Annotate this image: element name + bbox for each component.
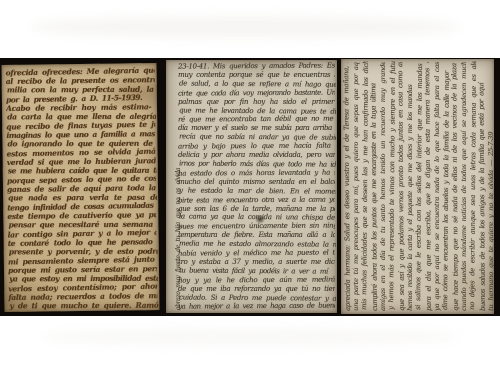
handwriting-line: mucho del quinto mismo sentada en el bal… — [178, 178, 335, 187]
handwriting-line: buenos saludos de todos los amigos y de … — [477, 62, 488, 311]
handwriting-line: hoy y ya le he dicho que aún me medirá p… — [178, 275, 335, 285]
handwriting-line: muy contenta porque sé que te encuentras… — [178, 71, 335, 80]
handwriting-line: había venido y el médico me ha puesto el… — [178, 248, 335, 258]
scan-artifact-bottom — [40, 328, 460, 346]
handwriting-line: apreciada hermana: Salud es deseo vuestr… — [342, 62, 353, 311]
handwriting-line: ha estado dos o más horas levantada y ha… — [178, 168, 335, 178]
handwriting-line: arriba y bajo pues lo que me hacía falta… — [178, 142, 335, 152]
handwriting-line: que hace tiempo que no sé nada de ellos … — [450, 62, 461, 311]
photo-black-background: ofrecida ofrecedes: Me alegraría queal r… — [0, 58, 500, 316]
handwriting-line: para el día que me escriba, que te digan… — [423, 62, 434, 311]
handwriting-line: de que me iba reforzando ya que tú no ti… — [178, 285, 335, 294]
handwriting-block-middle: 23-10-41. Mis queridos y amados Padres: … — [178, 62, 335, 311]
handwriting-line: pues me encuentro únicamente bien sin ni… — [178, 222, 335, 232]
letter-card-right: apreciada hermana: Salud es deseo vuestr… — [341, 59, 494, 314]
handwriting-line: tu hermano que te quiere y no te olvida … — [487, 62, 494, 311]
vertical-writing-wrap: apreciada hermana: Salud es deseo vuestr… — [341, 59, 494, 314]
handwriting-line: palmas que por fin hoy ha sido el primer… — [178, 98, 335, 107]
handwriting-line: que sea así y que podamos vernos pronto … — [396, 62, 407, 311]
handwriting-line: y de ti que mucho te quiere. Ramón — [9, 301, 158, 311]
margin-note-vertical: un abrazo muy fuerte de tu hija que no o… — [167, 60, 177, 313]
handwriting-line: ré que me encontraba tan débil que no me… — [178, 115, 335, 125]
handwriting-line: 23-10-41. Mis queridos y amados Padres: … — [178, 61, 335, 71]
scan-artifact-top — [30, 16, 460, 38]
handwriting-line: cumpliré ahora todos los puntos que me e… — [369, 62, 380, 311]
handwriting-block-right: apreciada hermana: Salud es deseo vuestr… — [341, 59, 494, 314]
handwriting-line: cirte que cada día voy mejorando bastant… — [178, 88, 335, 98]
handwriting-line: tro y estaba a 37 y medio, a suerte me d… — [178, 258, 335, 267]
handwriting-block-left: ofrecida ofrecedes: Me alegraría queal r… — [6, 66, 158, 311]
handwriting-line: ya han mejor a la vez me haga caso de bu… — [178, 302, 335, 312]
letter-card-left: ofrecida ofrecedes: Me alegraría queal r… — [1, 63, 159, 312]
handwriting-line: birte esta me encuentro otra vez a la ca… — [178, 195, 335, 205]
letter-card-middle: un abrazo muy fuerte de tu hija que no o… — [166, 60, 337, 313]
